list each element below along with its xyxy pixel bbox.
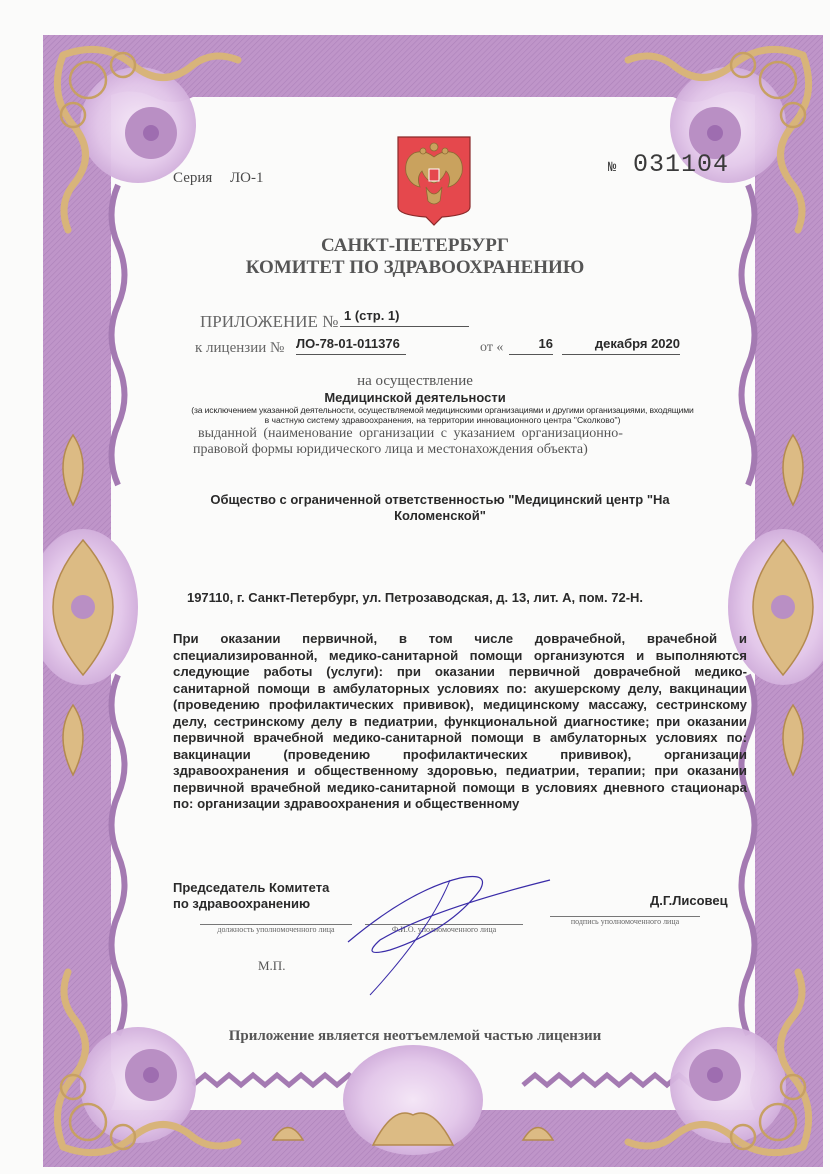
city-title: САНКТ-ПЕТЕРБУРГ xyxy=(0,235,830,257)
organization-name: Общество с ограниченной ответственностью… xyxy=(190,492,690,524)
date-from-label: от « xyxy=(480,340,503,356)
license-number: ЛО-78-01-011376 xyxy=(296,336,406,355)
series-label: Серия xyxy=(173,170,212,187)
number-sign: № xyxy=(608,160,616,176)
activity-note-line1: (за исключением указанной деятельности, … xyxy=(140,405,745,415)
number-value: 031104 xyxy=(633,150,729,179)
appendix-value: 1 (стр. 1) xyxy=(340,308,469,327)
authority-title: КОМИТЕТ ПО ЗДРАВООХРАНЕНИЮ xyxy=(0,257,830,279)
issued-line1: выданной (наименование организации с ука… xyxy=(198,426,623,442)
footer-note: Приложение является неотъемлемой частью … xyxy=(0,1028,830,1045)
date-day: 16 xyxy=(509,336,553,355)
russian-coat-of-arms-icon xyxy=(396,135,472,227)
issued-line2: правовой формы юридического лица и место… xyxy=(193,442,588,458)
series-value: ЛО-1 xyxy=(230,170,264,187)
date-month-year: декабря 2020 xyxy=(562,336,680,355)
organization-address: 197110, г. Санкт-Петербург, ул. Петрозав… xyxy=(0,590,830,605)
license-label: к лицензии № xyxy=(195,340,284,357)
stamp-place: М.П. xyxy=(258,958,285,974)
handwritten-signature xyxy=(290,870,560,1000)
caption-signature: подпись уполномоченного лица xyxy=(550,916,700,926)
activity-intro: на осуществление xyxy=(0,373,830,390)
activity-title: Медицинской деятельности xyxy=(0,390,830,405)
services-description: При оказании первичной, в том числе довр… xyxy=(173,631,747,813)
signatory-name: Д.Г.Лисовец xyxy=(650,893,728,908)
appendix-label: ПРИЛОЖЕНИЕ № xyxy=(200,312,338,332)
activity-note-line2: в частную систему здравоохранения, на те… xyxy=(140,415,745,425)
